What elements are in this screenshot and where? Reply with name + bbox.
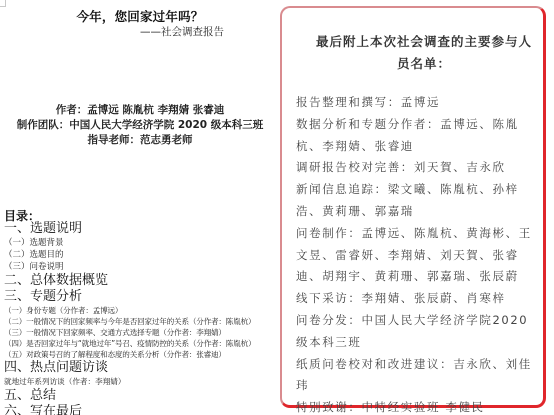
- toc-item: （三）问卷说明: [4, 261, 280, 273]
- toc-item: 二、总体数据概览: [4, 273, 280, 289]
- credits-line: 浩、黄莉珊、郭嘉瑞: [296, 201, 540, 223]
- toc-item: 就地过年系列访谈（作者：李翔婧）: [4, 376, 280, 388]
- advisor-line: 指导老师：范志勇老师: [0, 133, 280, 148]
- authors-line: 作者：孟博远 陈胤杭 李翔婧 张睿迪: [0, 103, 280, 118]
- credits-title: 最后附上本次社会调查的主要参与人 员名单：: [282, 31, 548, 75]
- toc-item: 一、选题说明: [4, 221, 280, 237]
- report-title: 今年，您回家过年吗？: [0, 7, 280, 25]
- credits-line: 级本科三班: [296, 332, 540, 354]
- credits-title-line: 最后附上本次社会调查的主要参与人: [300, 31, 548, 53]
- team-line: 制作团队：中国人民大学经济学院 2020 级本科三班: [0, 118, 280, 133]
- credits-line: 纸质问卷校对和改进建议：吉永欣、刘佳: [296, 354, 540, 376]
- credits-line: 报告整理和撰写：孟博远: [296, 92, 540, 114]
- credits-line: 文昱、雷睿妍、李翔婧、刘天賀、张睿: [296, 245, 540, 267]
- credits-line: 数据分析和专题分作者：孟博远、陈胤: [296, 114, 540, 136]
- toc-item: （一）身份专题（分作者：孟博远）: [4, 305, 280, 316]
- toc-item: （四）是否回家过年与“就地过年”号召、疫情防控的关系（分作者：陈胤杭）: [4, 338, 280, 349]
- credits-line: 线下采访：李翔婧、张辰蔚、肖寒梓: [296, 288, 540, 310]
- report-subtitle: ——社会调查报告: [140, 24, 224, 39]
- toc-item: （二）一般情况下的回家频率与今年是否回家过年的关系（分作者：陈胤杭）: [4, 316, 280, 327]
- credits-line: 新闻信息追踪：梁文曦、陈胤杭、孙梓: [296, 179, 540, 201]
- toc-item: （二）选题目的: [4, 249, 280, 261]
- toc-item: （五）对政策号召的了解程度和态度的关系分析（分作者：张睿迪）: [4, 349, 280, 360]
- report-cover-page: 今年，您回家过年吗？ ——社会调查报告 作者：孟博远 陈胤杭 李翔婧 张睿迪 制…: [0, 0, 280, 415]
- toc-item: 四、热点问题访谈: [4, 360, 280, 376]
- credits-line: 问卷制作：孟博远、陈胤杭、黄海彬、王: [296, 223, 540, 245]
- credits-list: 报告整理和撰写：孟博远 数据分析和专题分作者：孟博远、陈胤 杭、李翔婧、张睿迪 …: [296, 92, 540, 415]
- toc-item: （一）选题背景: [4, 237, 280, 249]
- credits-line: 特别致谢：中特经实验班 李健民: [296, 397, 540, 415]
- credits-line: 问卷分发：中国人民大学经济学院2020: [296, 310, 540, 332]
- toc-item: 五、总结: [4, 388, 280, 404]
- toc-item: 六、写在最后: [4, 404, 280, 415]
- credits-card: 最后附上本次社会调查的主要参与人 员名单： 报告整理和撰写：孟博远 数据分析和专…: [280, 6, 546, 408]
- credits-line: 迪、胡翔宇、黄莉珊、郭嘉瑞、张辰蔚: [296, 266, 540, 288]
- toc-item: （三）一般情况下回家频率、交通方式选择专题（分作者：李翔婧）: [4, 327, 280, 338]
- credits-line: 杭、李翔婧、张睿迪: [296, 136, 540, 158]
- credits-line: 调研报告校对完善：刘天賀、吉永欣: [296, 157, 540, 179]
- toc-item: 三、专题分析: [4, 289, 280, 305]
- credits-line: 玮: [296, 375, 540, 397]
- credits-title-line: 员名单：: [300, 53, 548, 75]
- table-of-contents: 一、选题说明 （一）选题背景 （二）选题目的 （三）问卷说明 二、总体数据概览 …: [4, 221, 280, 415]
